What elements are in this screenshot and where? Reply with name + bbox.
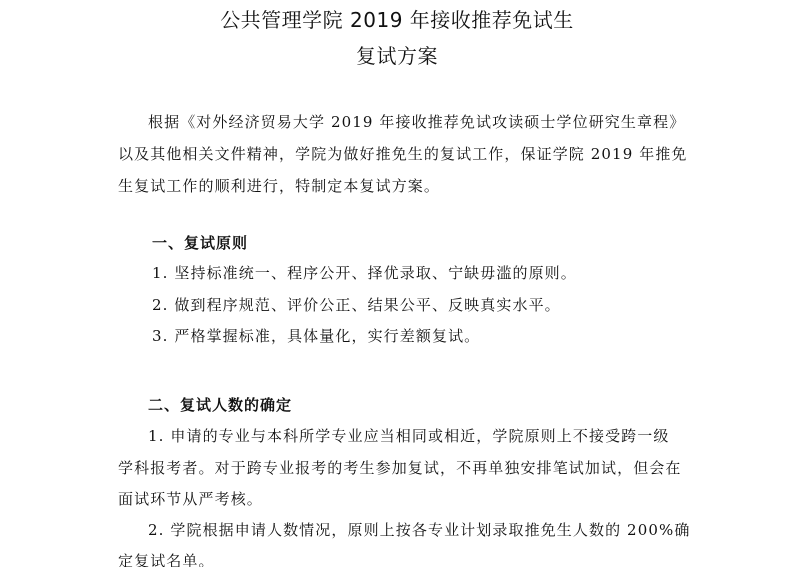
document-title: 公共管理学院 2019 年接收推荐免试生 bbox=[0, 4, 794, 33]
section-1-item-2: 2. 做到程序规范、评价公正、结果公平、反映真实水平。 bbox=[152, 294, 561, 315]
section-2-line-4: 2. 学院根据申请人数情况，原则上按各专业计划录取推免生人数的 200%确 bbox=[148, 519, 690, 540]
document-subtitle: 复试方案 bbox=[0, 40, 794, 69]
section-1-heading: 一、复试原则 bbox=[152, 232, 248, 253]
section-2-line-3: 面试环节从严考核。 bbox=[118, 488, 263, 509]
section-2-heading: 二、复试人数的确定 bbox=[148, 394, 292, 415]
section-2-line-1: 1. 申请的专业与本科所学专业应当相同或相近，学院原则上不接受跨一级 bbox=[148, 425, 669, 446]
intro-line-1: 根据《对外经济贸易大学 2019 年接收推荐免试攻读硕士学位研究生章程》 bbox=[148, 111, 685, 132]
intro-line-2: 以及其他相关文件精神，学院为做好推免生的复试工作，保证学院 2019 年推免 bbox=[118, 143, 688, 164]
intro-line-3: 生复试工作的顺利进行，特制定本复试方案。 bbox=[118, 175, 440, 196]
section-2-line-5: 定复试名单。 bbox=[118, 550, 215, 567]
section-1-item-1: 1. 坚持标准统一、程序公开、择优录取、宁缺毋滥的原则。 bbox=[152, 262, 577, 283]
section-2-line-2: 学科报考者。对于跨专业报考的考生参加复试，不再单独安排笔试加试，但会在 bbox=[118, 457, 682, 478]
section-1-item-3: 3. 严格掌握标准，具体量化，实行差额复试。 bbox=[152, 325, 480, 346]
